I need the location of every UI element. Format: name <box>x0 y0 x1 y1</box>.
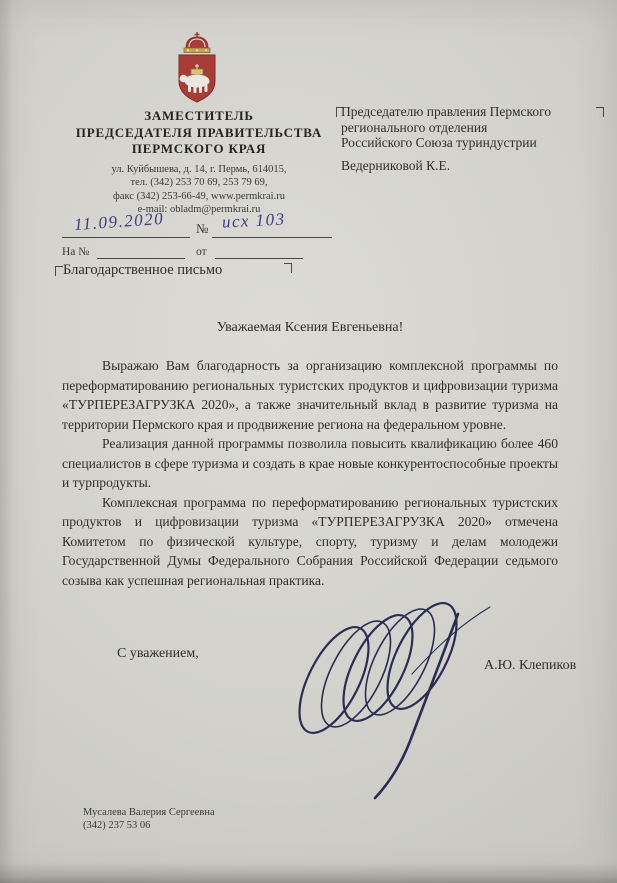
letter-body: Выражаю Вам благодарность за организацию… <box>62 356 558 590</box>
sender-fax-site: факс (342) 253-66-49, www.permkrai.ru <box>40 190 358 204</box>
body-paragraph: Выражаю Вам благодарность за организацию… <box>62 356 558 434</box>
number-underline <box>212 237 332 238</box>
sender-title-line: ПЕРМСКОГО КРАЯ <box>40 141 358 158</box>
recipient-line: Российского Союза туриндустрии <box>341 135 603 151</box>
sender-title-line: ЗАМЕСТИТЕЛЬ <box>40 108 358 125</box>
recipient-line: Председателю правления Пермского <box>341 104 603 120</box>
executor-phone: (342) 237 53 06 <box>83 819 215 832</box>
salutation: Уважаемая Ксения Евгеньевна! <box>62 320 558 336</box>
body-paragraph: Комплексная программа по переформатирова… <box>62 493 558 591</box>
sender-title-line: ПРЕДСЕДАТЕЛЯ ПРАВИТЕЛЬСТВА <box>40 125 358 142</box>
from-label: от <box>196 246 207 258</box>
crown-icon <box>184 32 210 53</box>
sender-phone: тел. (342) 253 70 69, 253 79 69, <box>40 176 358 190</box>
shield-icon <box>179 55 215 102</box>
recipient-line: регионального отделения <box>341 120 603 136</box>
signatory-name: А.Ю. Клепиков <box>484 658 576 674</box>
handwritten-signature <box>262 602 502 802</box>
subject-corner-mark-right <box>284 263 292 273</box>
letter-document: ЗАМЕСТИТЕЛЬ ПРЕДСЕДАТЕЛЯ ПРАВИТЕЛЬСТВА П… <box>0 0 617 883</box>
date-underline <box>62 237 190 238</box>
from-underline <box>215 258 303 259</box>
letterhead: ЗАМЕСТИТЕЛЬ ПРЕДСЕДАТЕЛЯ ПРАВИТЕЛЬСТВА П… <box>40 108 358 217</box>
body-paragraph: Реализация данной программы позволила по… <box>62 434 558 493</box>
gospel-book-icon <box>191 69 203 75</box>
sender-contact-block: ул. Куйбышева, д. 14, г. Пермь, 614015, … <box>40 163 358 217</box>
number-sign-label: № <box>196 221 208 237</box>
on-number-underline <box>97 258 185 259</box>
on-number-label: На № <box>62 246 89 258</box>
sender-address: ул. Куйбышева, д. 14, г. Пермь, 614015, <box>40 163 358 177</box>
closing-phrase: С уважением, <box>117 646 199 662</box>
letter-subject: Благодарственное письмо <box>63 262 222 279</box>
subject-corner-mark-left <box>55 266 63 276</box>
executor-contact: Мусалева Валерия Сергеевна (342) 237 53 … <box>83 806 215 832</box>
recipient-block: Председателю правления Пермского региона… <box>341 104 603 173</box>
executor-name: Мусалева Валерия Сергеевна <box>83 806 215 819</box>
perm-coat-of-arms-icon <box>168 31 226 107</box>
handwritten-outgoing-number: исх 103 <box>222 209 287 232</box>
recipient-addressee: Ведерниковой К.Е. <box>341 158 603 174</box>
